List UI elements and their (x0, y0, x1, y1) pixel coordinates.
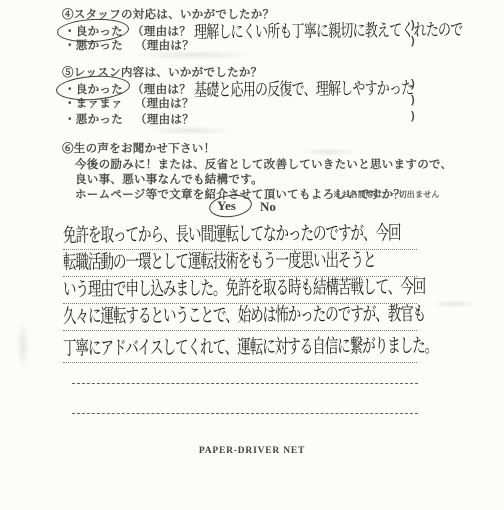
q5-option-bad-label: ・悪かった (64, 111, 123, 127)
q4-good-close-paren: ) (411, 19, 415, 31)
q6-anonymity-note: ※お名前等は、一切出ません (333, 189, 440, 200)
scan-smudge (430, 300, 480, 308)
q4-option-bad-row: ・悪かった （理由は？ (64, 37, 194, 53)
q5-option-bad-row: ・悪かった （理由は？ (64, 111, 194, 127)
scanned-questionnaire-page: ④スタッフの対応は、いかがでしたか？ ・良かった （理由は？ 理解しにくい所も丁… (0, 0, 504, 510)
q4-option-bad-label: ・悪かった (64, 37, 123, 53)
scan-smudge (145, 126, 235, 135)
q6-line-2: 良い事、悪い事なんでも結構です。 (75, 171, 263, 187)
q5-option-good-label: ・良かった (64, 84, 123, 96)
scan-smudge (16, 320, 30, 370)
q5-good-close-paren: ) (411, 78, 415, 90)
essay-line-5: 丁寧にアドバイスしてくれて、運転に対する自信に繋がりました。 (63, 330, 417, 363)
q6-yes-label-wrap: Yes (217, 198, 236, 214)
essay-line-4: 久々に運転するということで、始めは怖かったのですが、教官も (63, 303, 417, 331)
q5-soso-close-paren: ) (411, 94, 415, 106)
q6-line-1: 今後の励みに！または、反省として改善していきたいと思いますので、 (75, 156, 452, 172)
footer-brand: PAPER-DRIVER NET (0, 446, 504, 456)
q4-bad-close-paren: ) (411, 35, 415, 47)
blank-ruled-line-1 (72, 370, 418, 384)
blank-ruled-line-2 (72, 400, 418, 414)
q5-option-soso-row: ・まァまァ （理由は？ (64, 95, 194, 111)
scan-smudge (300, 148, 360, 156)
q5-bad-reason-prompt: （理由は？ (135, 111, 194, 127)
q5-good-reason-handwritten: 基礎と応用の反復で、理解しやすかった (194, 74, 413, 102)
q4-bad-reason-prompt: （理由は？ (135, 37, 194, 53)
q4-option-good-label: ・良かった (64, 26, 123, 38)
q6-yes-option: Yes (217, 198, 236, 214)
q5-bad-close-paren: ) (411, 110, 415, 122)
q5-option-soso-label: ・まァまァ (64, 95, 123, 111)
q6-no-label: No (260, 199, 276, 214)
q4-good-reason-handwritten: 理解しにくい所も丁寧に親切に教えてくれたので (194, 15, 463, 43)
q6-yes-label: Yes (217, 198, 236, 213)
essay-line-5-text: 丁寧にアドバイスしてくれて、運転に対する自信に繋がりました。 (63, 329, 437, 362)
q6-no-option: No (260, 199, 276, 215)
question-6-title: ⑥生の声をお聞かせ下さい！ (62, 140, 215, 156)
essay-line-4-text: 久々に運転するということで、始めは怖かったのですが、教官も (63, 297, 425, 330)
q5-soso-reason-prompt: （理由は？ (135, 95, 194, 111)
